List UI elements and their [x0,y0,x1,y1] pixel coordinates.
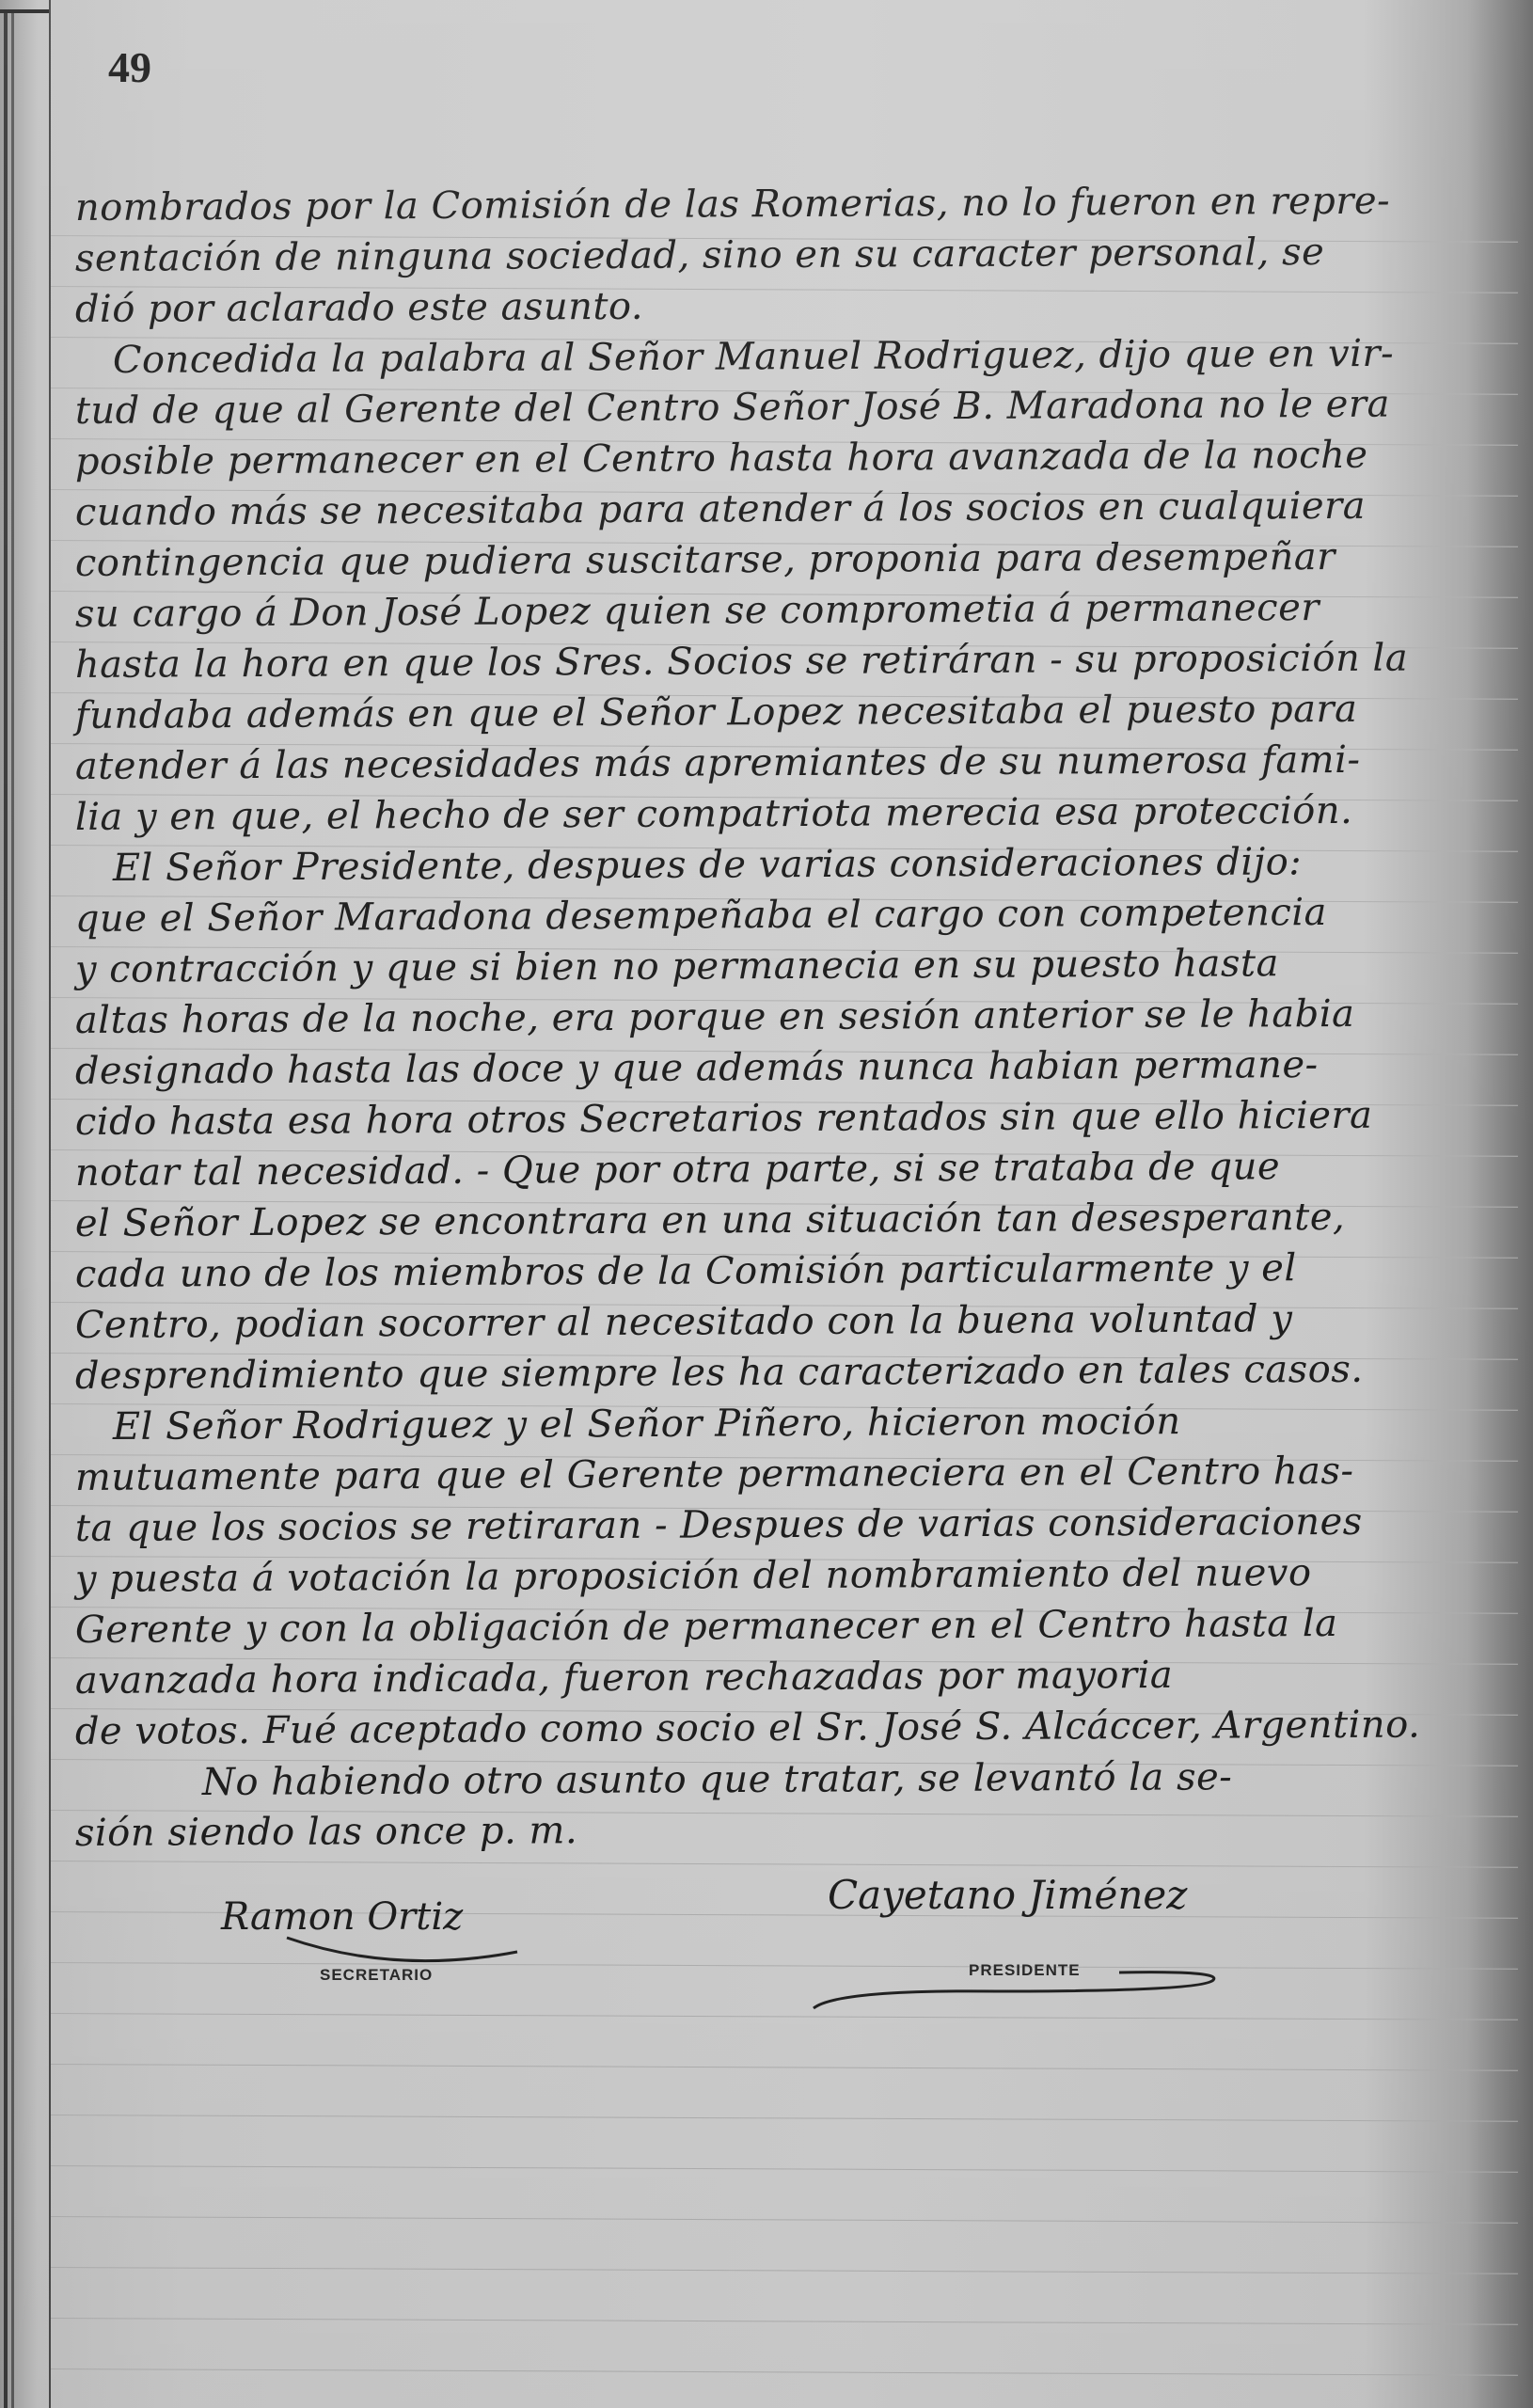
text-line: desprendimiento que siempre les ha carac… [75,1348,1364,1398]
president-signature: Cayetano Jiménez [828,1872,1187,1918]
text-line: avanzada hora indicada, fueron rechazada… [75,1654,1174,1703]
text-line: que el Señor Maradona desempeñaba el car… [75,891,1327,941]
secretary-flourish [282,1933,564,1971]
text-line: posible permanecer en el Centro hasta ho… [75,434,1368,483]
text-line: dió por aclarado este asunto. [75,285,643,331]
text-line: El Señor Presidente, despues de varias c… [113,840,1303,890]
text-line: sión siendo las once p. m. [75,1809,577,1855]
text-line: sentación de ninguna sociedad, sino en s… [75,230,1325,280]
president-flourish [809,1971,1223,2018]
text-line: altas horas de la noche, era porque en s… [75,992,1355,1042]
text-line: mutuamente para que el Gerente permaneci… [75,1450,1354,1499]
text-line: lia y en que, el hecho de ser compatriot… [75,789,1353,839]
text-line: Concedida la palabra al Señor Manuel Rod… [113,332,1394,382]
text-line: de votos. Fué aceptado como socio el Sr.… [75,1703,1421,1753]
text-line: El Señor Rodriguez y el Señor Piñero, hi… [113,1400,1181,1449]
handwritten-body: nombrados por la Comisión de las Romeria… [0,0,1533,2408]
text-line: nombrados por la Comisión de las Romeria… [75,180,1390,230]
secretary-label: SECRETARIO [320,1966,433,1985]
text-line: hasta la hora en que los Sres. Socios se… [75,637,1408,687]
text-line: su cargo á Don José Lopez quien se compr… [75,586,1320,636]
ledger-page: 49 nombrados por la Comisión de las Rome… [0,0,1533,2408]
text-line: No habiendo otro asunto que tratar, se l… [202,1755,1233,1804]
text-line: cuando más se necesitaba para atender á … [75,484,1366,534]
text-line: tud de que al Gerente del Centro Señor J… [75,383,1390,433]
text-line: el Señor Lopez se encontrara en una situ… [75,1196,1346,1245]
text-line: Gerente y con la obligación de permanece… [75,1602,1338,1652]
text-line: notar tal necesidad. - Que por otra part… [75,1145,1280,1195]
text-line: Centro, podian socorrer al necesitado co… [75,1297,1293,1347]
text-line: designado hasta las doce y que además nu… [75,1043,1319,1093]
text-line: cido hasta esa hora otros Secretarios re… [75,1094,1373,1144]
text-line: fundaba además en que el Señor Lopez nec… [75,688,1358,737]
text-line: y puesta á votación la proposición del n… [75,1551,1312,1601]
text-line: cada uno de los miembros de la Comisión … [75,1246,1297,1296]
text-line: ta que los socios se retiraran - Despues… [75,1500,1363,1550]
text-line: contingencia que pudiera suscitarse, pro… [75,535,1335,585]
text-line: y contracción y que si bien no permaneci… [75,942,1279,991]
text-line: atender á las necesidades más apremiante… [75,738,1361,788]
